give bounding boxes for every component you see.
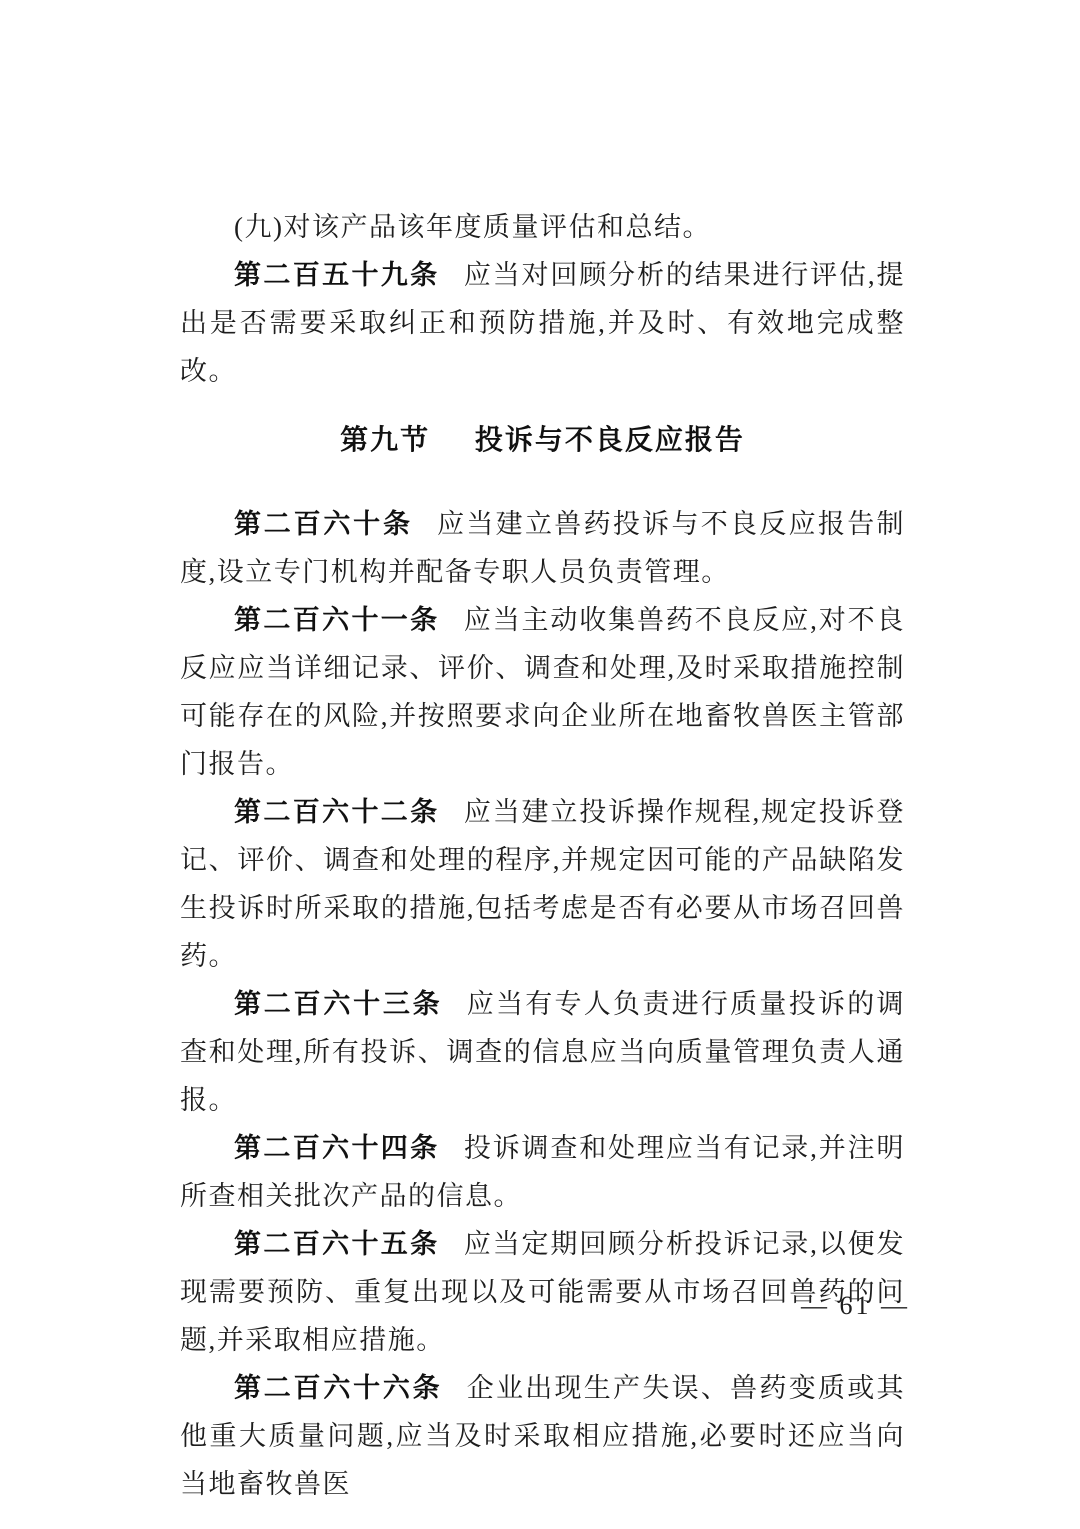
- article-number: 第二百六十二条: [234, 797, 440, 827]
- article-number: 第二百六十六条: [234, 1373, 442, 1403]
- document-page: (九)对该产品该年度质量评估和总结。 第二百五十九条应当对回顾分析的结果进行评估…: [0, 0, 1080, 1529]
- article-text: (九)对该产品该年度质量评估和总结。: [234, 212, 711, 242]
- section-heading: 第九节投诉与不良反应报告: [180, 416, 905, 464]
- article-number: 第二百五十九条: [234, 260, 440, 290]
- article-number: 第二百六十五条: [234, 1229, 440, 1259]
- article-paragraph: 第二百六十一条应当主动收集兽药不良反应,对不良反应应当详细记录、评价、调查和处理…: [180, 596, 905, 788]
- document-body: (九)对该产品该年度质量评估和总结。 第二百五十九条应当对回顾分析的结果进行评估…: [180, 203, 905, 1508]
- article-paragraph: 第二百六十条应当建立兽药投诉与不良反应报告制度,设立专门机构并配备专职人员负责管…: [180, 500, 905, 596]
- article-number: 第二百六十三条: [234, 989, 442, 1019]
- article-paragraph: 第二百五十九条应当对回顾分析的结果进行评估,提出是否需要采取纠正和预防措施,并及…: [180, 251, 905, 395]
- article-number: 第二百六十条: [234, 509, 413, 539]
- article-paragraph: 第二百六十二条应当建立投诉操作规程,规定投诉登记、评价、调查和处理的程序,并规定…: [180, 788, 905, 980]
- article-number: 第二百六十一条: [234, 605, 440, 635]
- article-paragraph: 第二百六十三条应当有专人负责进行质量投诉的调查和处理,所有投诉、调查的信息应当向…: [180, 980, 905, 1124]
- page-number: — 61 —: [801, 1291, 910, 1321]
- article-paragraph: 第二百六十六条企业出现生产失误、兽药变质或其他重大质量问题,应当及时采取相应措施…: [180, 1364, 905, 1508]
- section-title: 投诉与不良反应报告: [475, 424, 745, 455]
- article-paragraph: 第二百六十四条投诉调查和处理应当有记录,并注明所查相关批次产品的信息。: [180, 1124, 905, 1220]
- article-paragraph: (九)对该产品该年度质量评估和总结。: [180, 203, 905, 251]
- article-number: 第二百六十四条: [234, 1133, 440, 1163]
- section-number: 第九节: [340, 424, 430, 455]
- article-paragraph: 第二百六十五条应当定期回顾分析投诉记录,以便发现需要预防、重复出现以及可能需要从…: [180, 1220, 905, 1364]
